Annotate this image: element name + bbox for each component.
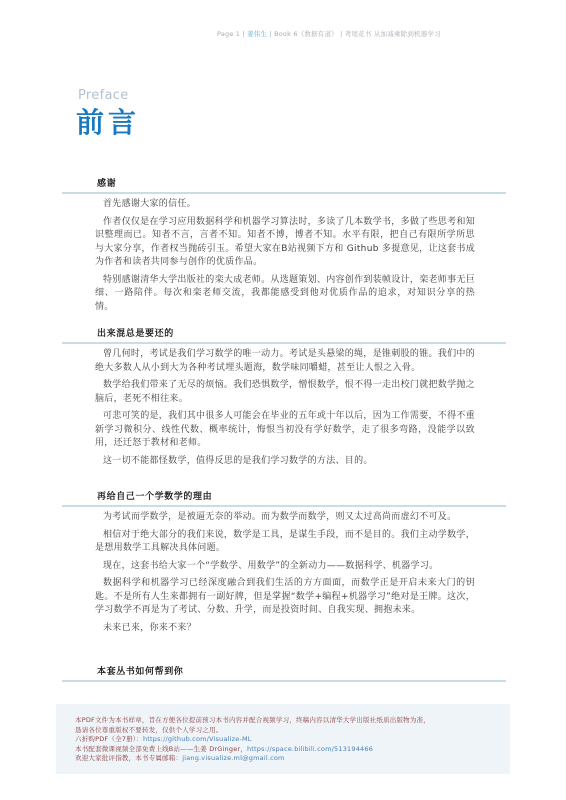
- paragraph: 作者仅仅是在学习应用数据科学和机器学习算法时，多读了几本数学书，多做了些思考和知…: [95, 216, 475, 270]
- section-rule: [62, 505, 506, 507]
- footer-disclaimer-line-2: 恳请各位尊重版权不要转发，仅供个人学习之用。: [75, 726, 510, 736]
- email-link[interactable]: jiang.visualize.ml@gmail.com: [182, 754, 284, 762]
- section-thanks: 感谢 首先感谢大家的信任。 作者仅仅是在学习应用数据科学和机器学习算法时，多读了…: [62, 176, 506, 314]
- footer-video-label: 本书配套微课视频全部免费上线B站——生姜 DrGinger，: [75, 745, 247, 753]
- paragraph: 曾几何时，考试是我们学习数学的唯一动力。考试是头悬梁的绳，是锥刺股的锥。我们中的…: [95, 348, 475, 375]
- pdf-page: { "page": { "header": { "left": "Page 1 …: [0, 0, 566, 800]
- paragraph: 为考试而学数学，是被逼无奈的举动。而为数学而数学，则又太过高尚而虚幻不可及。: [95, 511, 475, 525]
- page-title: 前言: [76, 101, 140, 141]
- paragraph: 这一切不能都怪数学，值得反思的是我们学习数学的方法、目的。: [95, 455, 475, 469]
- footer-disclaimer-line-1: 本PDF文件为本书样章，旨在方便各位提前预习本书内容并配合视频学习，终稿内容以清…: [75, 716, 510, 726]
- section-heading: 出来混总是要还的: [62, 326, 506, 339]
- section-heading: 再给自己一个学数学的理由: [62, 489, 506, 502]
- section-heading: 本套丛书如何帮到你: [62, 664, 506, 677]
- footer-contact-label: 欢迎大家批评指教，本书专属邮箱：: [75, 754, 182, 762]
- github-link[interactable]: https://github.com/Visualize-ML: [143, 735, 252, 743]
- footer-pdf-purchase-line: 六折购PDF（全7册）：https://github.com/Visualize…: [75, 735, 510, 745]
- paragraph: 现在，这套书给大家一个“学数学、用数学”的全新动力——数据科学、机器学习。: [95, 560, 475, 574]
- footer-video-line: 本书配套微课视频全部免费上线B站——生姜 DrGinger，https://sp…: [75, 745, 510, 755]
- footer-note: 本PDF文件为本书样章，旨在方便各位提前预习本书内容并配合视频学习，终稿内容以清…: [56, 704, 510, 774]
- section-rule: [62, 680, 506, 682]
- section-heading: 感谢: [62, 176, 506, 189]
- header-page-number: Page 1 |: [217, 30, 247, 38]
- section-rule: [62, 192, 506, 194]
- section-payback: 出来混总是要还的 曾几何时，考试是我们学习数学的唯一动力。考试是头悬梁的绳，是锥…: [62, 326, 506, 468]
- header-book-series: | Book 6《数据有道》 | 鸢尾花书 从加减乘除到机器学习: [267, 30, 441, 38]
- paragraph: 数据科学和机器学习已经深度融合到我们生活的方方面面，而数学正是开启未来大门的钥匙…: [95, 577, 475, 618]
- paragraph: 可悲可笑的是，我们其中很多人可能会在毕业的五年或十年以后，因为工作需要，不得不重…: [95, 410, 475, 451]
- bilibili-link[interactable]: https://space.bilibili.com/513194466: [247, 745, 373, 753]
- page-header: Page 1 | 姜伟生 | Book 6《数据有道》 | 鸢尾花书 从加减乘除…: [217, 29, 441, 38]
- paragraph: 数学给我们带来了无尽的烦恼。我们恐惧数学，憎恨数学，恨不得一走出校门就把数学抛之…: [95, 379, 475, 406]
- paragraph: 相信对于绝大部分的我们来说，数学是工具，是谋生手段，而不是目的。我们主动学数学，…: [95, 529, 475, 556]
- footer-pdf-purchase-label: 六折购PDF（全7册）：: [75, 735, 143, 743]
- paragraph: 首先感谢大家的信任。: [95, 198, 475, 212]
- paragraph: 未来已来，你来不来？: [95, 622, 475, 636]
- paragraph: 特别感谢清华大学出版社的栾大成老师。从选题策划、内容创作到装帧设计，栾老师事无巨…: [95, 274, 475, 315]
- section-how-this-series-helps: 本套丛书如何帮到你: [62, 664, 506, 682]
- header-author-link[interactable]: 姜伟生: [247, 30, 267, 38]
- footer-contact-line: 欢迎大家批评指教，本书专属邮箱：jiang.visualize.ml@gmail…: [75, 754, 510, 764]
- section-rule: [62, 342, 506, 344]
- section-reason-to-learn-math: 再给自己一个学数学的理由 为考试而学数学，是被逼无奈的举动。而为数学而数学，则又…: [62, 489, 506, 635]
